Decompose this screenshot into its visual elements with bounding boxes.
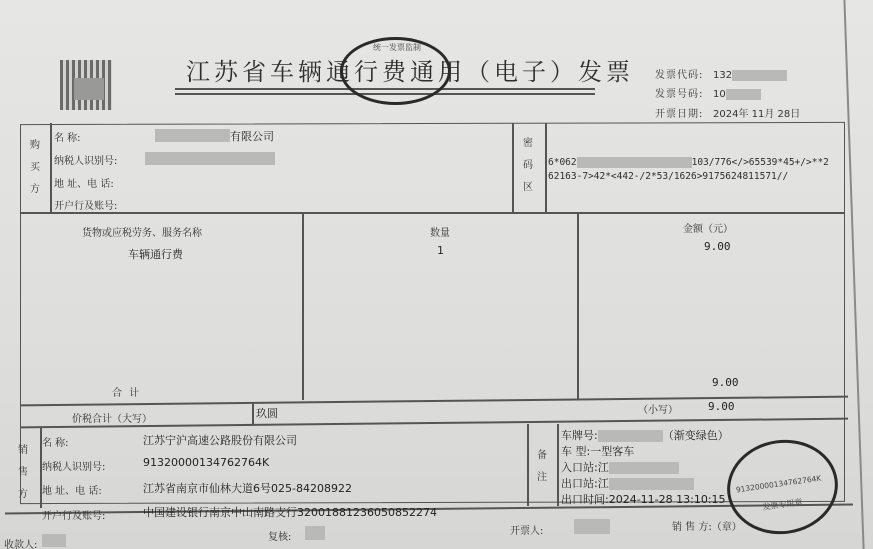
- remarks-exit-time: 出口时间:2024-11-28 13:10:15: [561, 491, 726, 507]
- seller-address-value: 江苏省南京市仙林大道6号025-84208922: [143, 480, 352, 496]
- total-uppercase: 玖圆: [256, 405, 278, 421]
- seller-name-value: 江苏宁沪高速公路股份有限公司: [143, 432, 297, 448]
- divider: [302, 212, 304, 400]
- redaction: [609, 478, 694, 490]
- buyer-address-label: 地 址、电 话:: [54, 175, 114, 190]
- redaction: [598, 430, 663, 442]
- divider: [527, 424, 529, 506]
- reviewer-label: 复核:: [268, 528, 291, 543]
- issuer-label: 开票人:: [510, 522, 543, 537]
- seller-tax-id-value: 91320000134762764K: [143, 456, 269, 469]
- buyer-name-label: 名 称:: [54, 129, 81, 144]
- total-lowercase-value: 9.00: [708, 400, 735, 413]
- remarks-side-label: 备注: [535, 445, 549, 489]
- seller-bank-value: 中国建设银行南京中山南路支行32001881236050852274: [143, 504, 437, 520]
- redaction: [609, 462, 679, 474]
- seller-name-label: 名 称:: [42, 434, 69, 449]
- items-header-name: 货物或应税劳务、服务名称: [82, 224, 202, 239]
- issue-date: 开票日期:2024年 11月 28日: [655, 105, 800, 120]
- cipher-line-2: 62163-7>42*<442-/2*53/1626>9175624811571…: [548, 171, 788, 182]
- seal-text: 统一发票监制: [373, 42, 421, 53]
- divider: [20, 212, 845, 214]
- redaction: [145, 152, 275, 165]
- redaction: [42, 534, 66, 547]
- redaction: [726, 89, 761, 100]
- divider: [50, 123, 52, 213]
- seller-side-label: 销售方: [16, 440, 30, 506]
- supervision-seal-icon: 统一发票监制: [340, 37, 451, 105]
- qr-code-icon: [60, 60, 112, 110]
- seller-bank-label: 开户行及账号:: [42, 507, 105, 522]
- item-quantity: 1: [437, 244, 444, 257]
- remarks-exit: 出口站:江: [561, 475, 694, 491]
- buyer-side-label: 购买方: [28, 135, 42, 201]
- buyer-tax-id-label: 纳税人识别号:: [54, 152, 117, 167]
- subtotal-amount: 9.00: [712, 376, 739, 389]
- redaction: [155, 129, 230, 142]
- seller-stamp-label: 销 售 方:（章）: [672, 518, 742, 533]
- redaction: [732, 70, 787, 81]
- divider: [545, 123, 547, 213]
- redaction: [574, 519, 610, 534]
- remarks-plate: 车牌号:（渐变绿色）: [561, 427, 729, 443]
- redaction: [577, 157, 692, 168]
- redaction: [305, 526, 325, 540]
- remarks-vehicle-type: 车 型:一型客车: [561, 443, 634, 459]
- invoice-code: 发票代码:132: [655, 66, 787, 81]
- divider: [557, 424, 559, 506]
- seller-tax-id-label: 纳税人识别号:: [42, 458, 105, 473]
- divider: [252, 402, 254, 424]
- total-lowercase-label: （小写）: [638, 401, 678, 416]
- remarks-entry: 入口站:江: [561, 459, 679, 475]
- seller-address-label: 地 址、电 话:: [42, 482, 102, 497]
- buyer-name-value: 有限公司: [230, 128, 274, 144]
- cipher-side-label: 密码区: [521, 133, 535, 199]
- payee-label: 收款人:: [4, 536, 37, 549]
- items-header-quantity: 数量: [430, 224, 450, 239]
- invoice-number: 发票号码:10: [655, 85, 761, 100]
- item-name: 车辆通行费: [128, 246, 183, 262]
- buyer-bank-label: 开户行及账号:: [54, 197, 117, 212]
- total-label: 价税合计（大写）: [72, 410, 152, 425]
- item-amount: 9.00: [704, 240, 731, 253]
- divider: [512, 123, 514, 213]
- items-header-amount: 金额（元）: [683, 220, 733, 235]
- divider: [577, 212, 579, 400]
- cipher-line-1: 6*062103/776</>65539*45+/>**2: [548, 157, 829, 168]
- subtotal-label: 合 计: [112, 384, 141, 399]
